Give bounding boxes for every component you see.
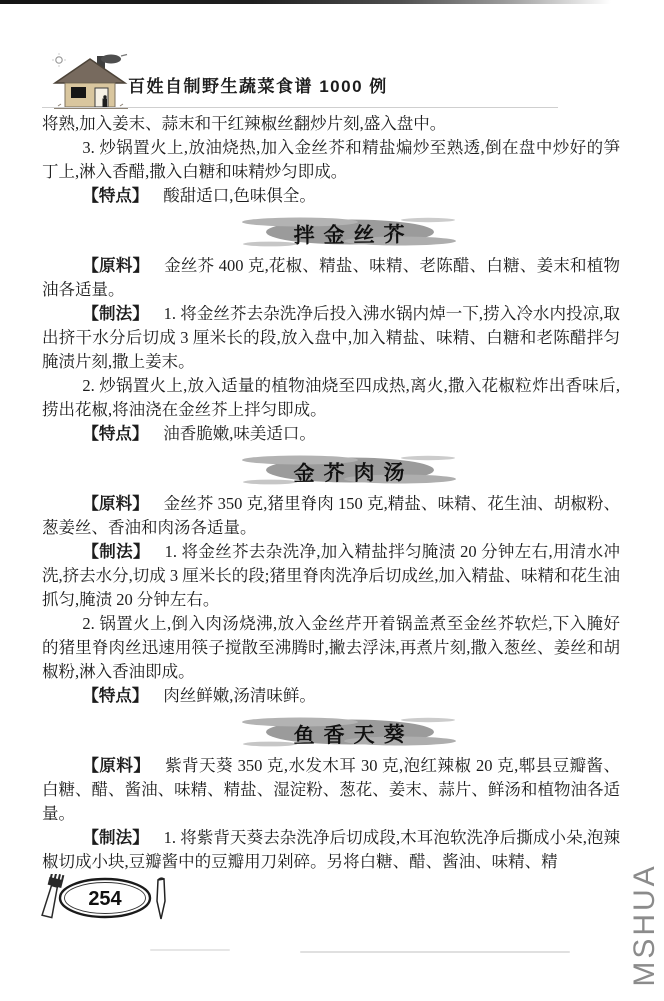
recipe-title: 拌金丝芥 bbox=[242, 218, 456, 250]
page-header: 百姓自制野生蔬菜食谱 1000 例 bbox=[42, 0, 620, 112]
ingredients-label: 【原料】 bbox=[82, 495, 148, 513]
ingredients-paragraph: 【原料】紫背天葵 350 克,水发木耳 30 克,泡红辣椒 20 克,郫县豆瓣酱… bbox=[42, 754, 620, 826]
feature-label: 【特点】 bbox=[82, 687, 148, 705]
method-paragraph: 【制法】1. 将金丝芥去杂洗净,加入精盐拌匀腌渍 20 分钟左右,用清水冲洗,挤… bbox=[42, 540, 620, 612]
method-step-paragraph: 2. 炒锅置火上,放入适量的植物油烧至四成热,离火,撒入花椒粒炸出香味后,捞出花… bbox=[42, 374, 620, 422]
method-label: 【制法】 bbox=[82, 305, 148, 323]
ingredients-label: 【原料】 bbox=[82, 257, 149, 275]
recipe-title-banner: 金芥肉汤 bbox=[242, 451, 456, 489]
page-number: 254 bbox=[88, 888, 122, 910]
continuation-paragraph: 将熟,加入姜末、蒜末和干红辣椒丝翻炒片刻,盛入盘中。 bbox=[42, 112, 620, 136]
feature-paragraph: 【特点】肉丝鲜嫩,汤清味鲜。 bbox=[42, 684, 620, 708]
knife-icon bbox=[157, 878, 165, 919]
recipe-title: 金芥肉汤 bbox=[242, 456, 456, 488]
feature-text: 油香脆嫩,味美适口。 bbox=[163, 424, 316, 443]
method-step-paragraph: 3. 炒锅置火上,放油烧热,加入金丝芥和精盐煸炒至熟透,倒在盘中炒好的笋丁上,淋… bbox=[42, 136, 620, 184]
recipe-title-banner: 拌金丝芥 bbox=[242, 213, 456, 251]
header-divider bbox=[42, 107, 558, 108]
method-label: 【制法】 bbox=[82, 543, 149, 561]
ingredients-paragraph: 【原料】金丝芥 350 克,猪里脊肉 150 克,精盐、味精、花生油、胡椒粉、葱… bbox=[42, 492, 620, 540]
method-paragraph: 【制法】1. 将金丝芥去杂洗净后投入沸水锅内焯一下,捞入冷水内投凉,取出挤干水分… bbox=[42, 302, 620, 374]
method-paragraph: 【制法】1. 将紫背天葵去杂洗净后切成段,木耳泡软洗净后撕成小朵,泡辣椒切成小块… bbox=[42, 826, 620, 874]
watermark: MSHUA bbox=[628, 845, 662, 1001]
feature-paragraph: 【特点】酸甜适口,色味俱全。 bbox=[42, 184, 620, 208]
ingredients-paragraph: 【原料】金丝芥 400 克,花椒、精盐、味精、老陈醋、白糖、姜末和植物油各适量。 bbox=[42, 254, 620, 302]
method-label: 【制法】 bbox=[82, 829, 148, 847]
house-icon bbox=[50, 53, 130, 111]
method-step-paragraph: 2. 锅置火上,倒入肉汤烧沸,放入金丝芹开着锅盖煮至金丝芥软烂,下入腌好的猪里脊… bbox=[42, 612, 620, 684]
book-title: 百姓自制野生蔬菜食谱 1000 例 bbox=[128, 72, 388, 97]
recipe-title-banner: 鱼香天葵 bbox=[242, 713, 456, 751]
feature-label: 【特点】 bbox=[82, 425, 148, 443]
feature-paragraph: 【特点】油香脆嫩,味美适口。 bbox=[42, 422, 620, 446]
recipe-title: 鱼香天葵 bbox=[242, 718, 456, 750]
feature-text: 酸甜适口,色味俱全。 bbox=[163, 186, 316, 205]
scan-smudge bbox=[300, 951, 570, 953]
page-number-badge: 254 bbox=[32, 874, 172, 922]
ingredients-label: 【原料】 bbox=[82, 757, 150, 775]
scanned-book-page: 百姓自制野生蔬菜食谱 1000 例 将熟,加入姜末、蒜末和干红辣椒丝翻炒片刻,盛… bbox=[0, 0, 664, 1001]
feature-text: 肉丝鲜嫩,汤清味鲜。 bbox=[163, 686, 316, 705]
feature-label: 【特点】 bbox=[82, 187, 148, 205]
scan-smudge bbox=[150, 949, 230, 951]
page-content: 百姓自制野生蔬菜食谱 1000 例 将熟,加入姜末、蒜末和干红辣椒丝翻炒片刻,盛… bbox=[42, 0, 620, 874]
